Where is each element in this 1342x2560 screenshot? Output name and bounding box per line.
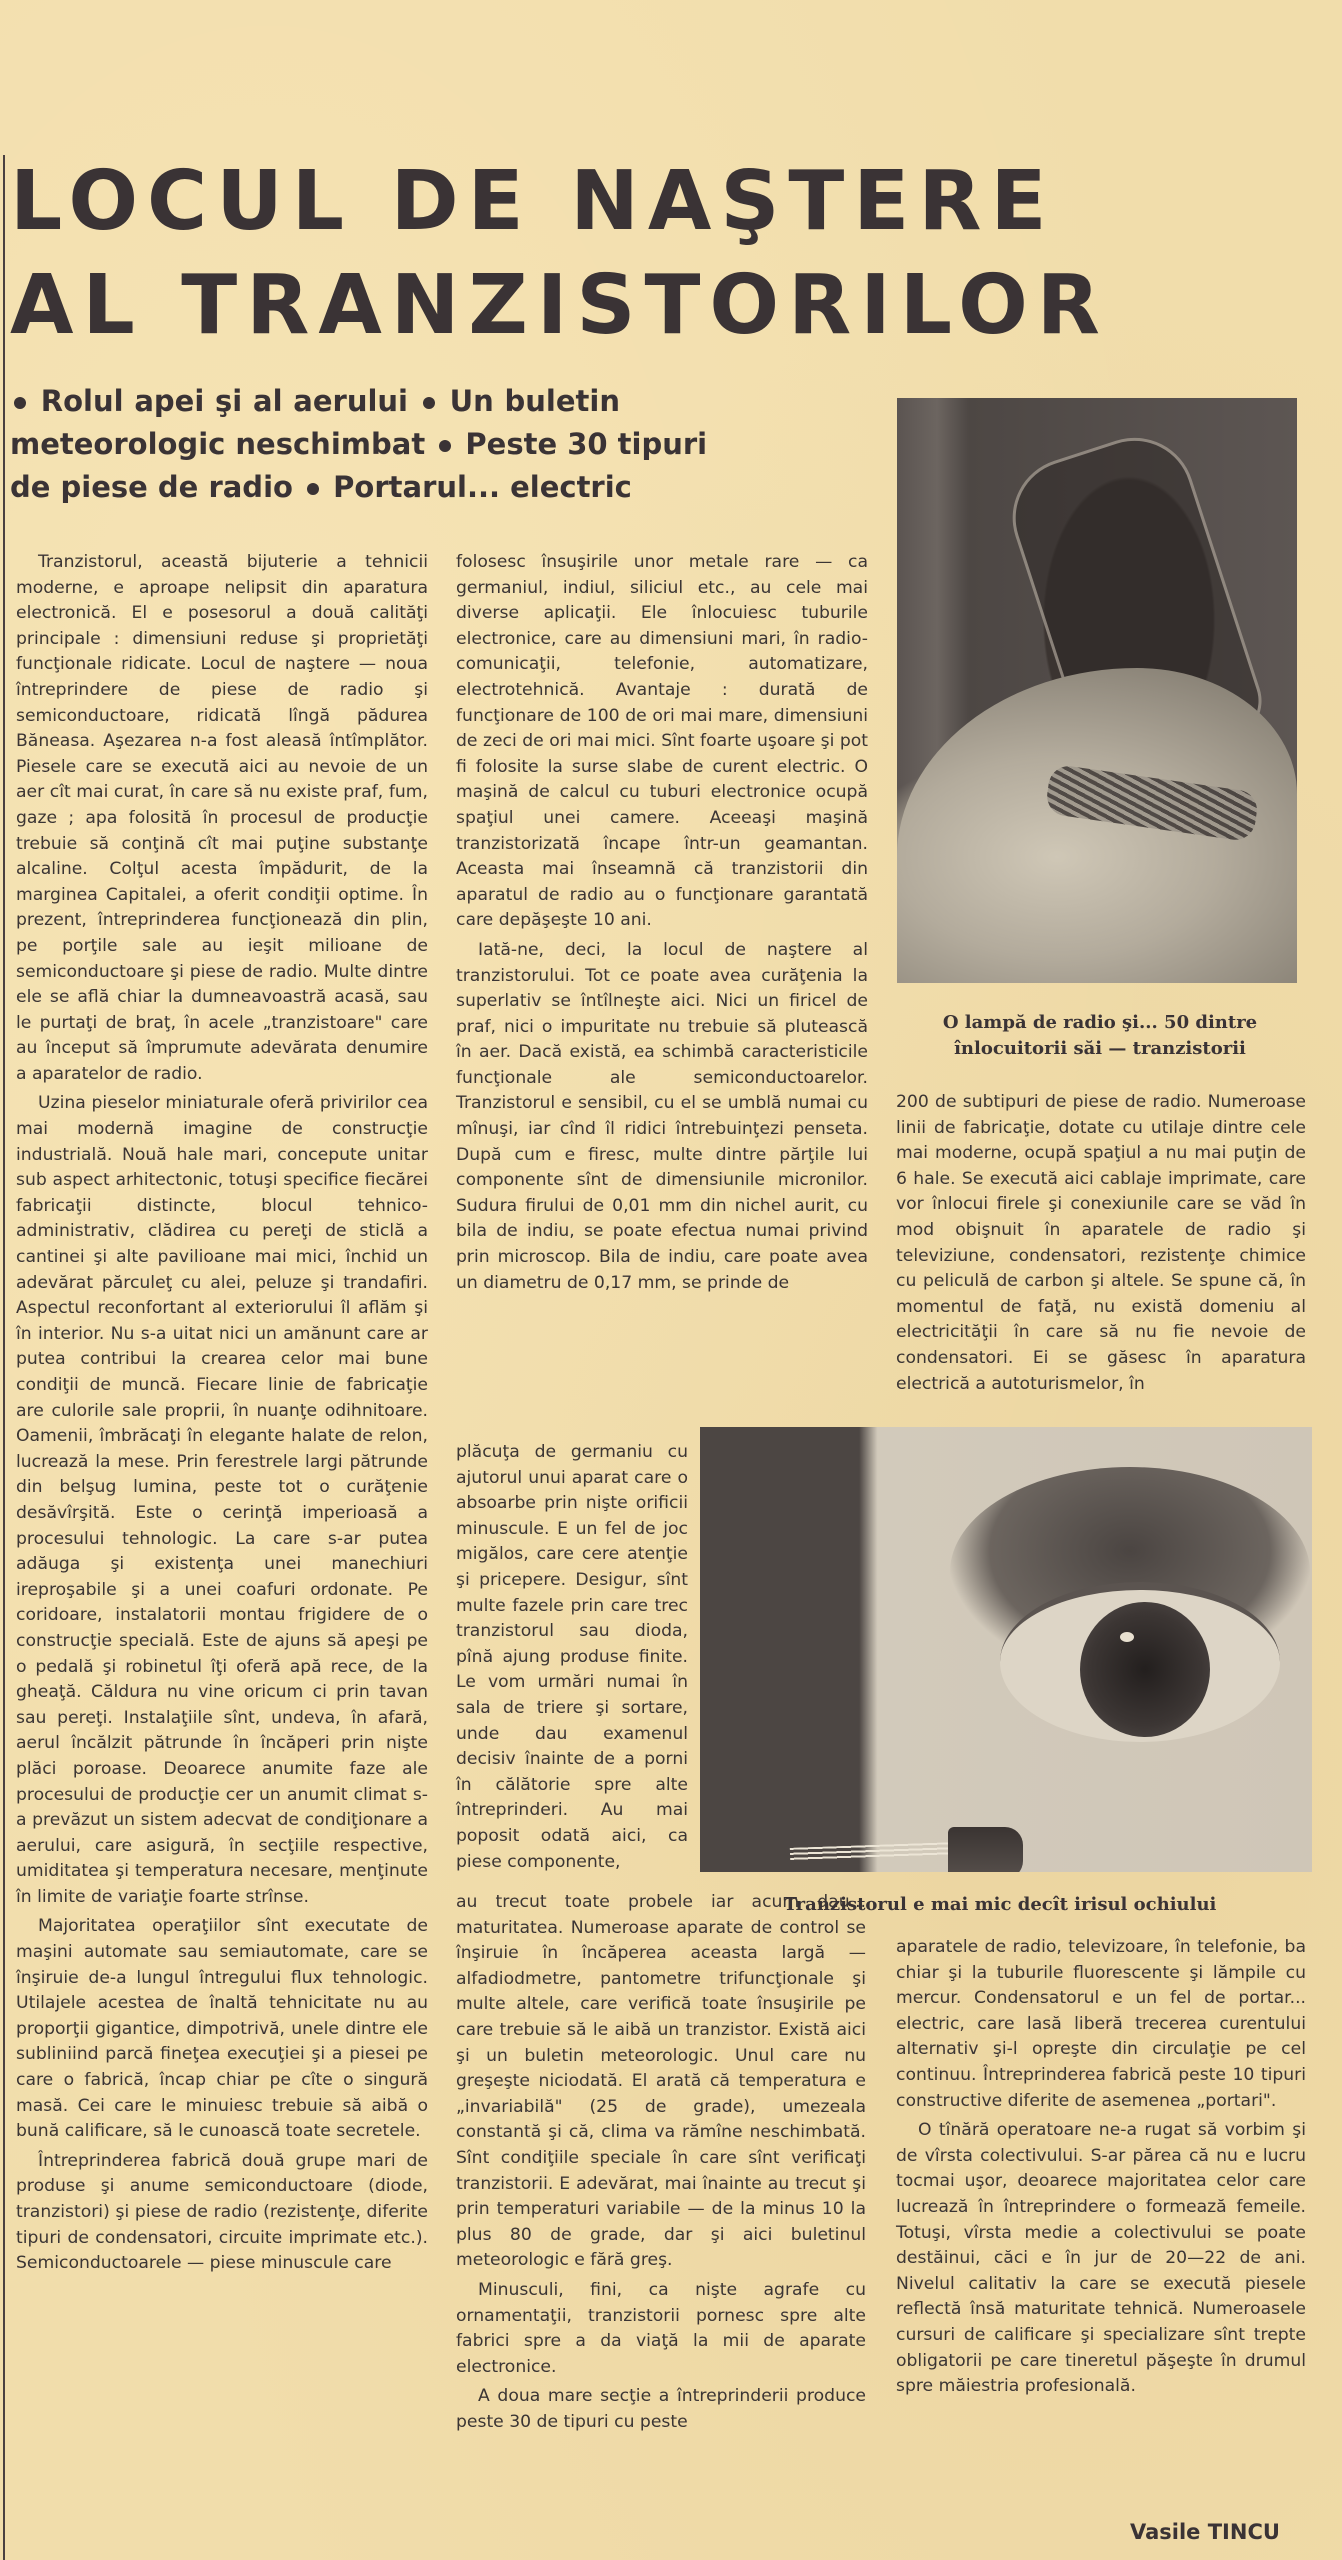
paragraph: Minusculi, fini, ca nişte agrafe cu orna… [456, 2278, 866, 2380]
eye-with-transistor-photo [700, 1427, 1312, 1872]
lamp-photo-caption: O lampă de radio şi... 50 dintre înlocui… [890, 1010, 1310, 1062]
transistor-icon [948, 1827, 1023, 1872]
article-column-right-bottom: aparatele de radio, televizoare, în tele… [896, 1935, 1306, 2560]
article-column-middle-bottom: au trecut toate probele iar acum dau... … [456, 1890, 866, 2560]
paragraph: Întreprinderea fabrică două grupe mari d… [16, 2149, 428, 2277]
paragraph: Iată-ne, deci, la locul de naştere al tr… [456, 938, 868, 1296]
paragraph: A doua mare secţie a întreprinderii prod… [456, 2384, 866, 2435]
article-column-middle-narrow: plăcuţa de germaniu cu ajutorul unui apa… [456, 1440, 688, 1880]
paragraph: plăcuţa de germaniu cu ajutorul unui apa… [456, 1440, 688, 1875]
paragraph: au trecut toate probele iar acum dau... … [456, 1890, 866, 2274]
paragraph: O tînără operatoare ne-a rugat să vorbim… [896, 2118, 1306, 2400]
subhead-item: de piese de radio [10, 470, 293, 504]
radio-tube-and-transistors-photo [897, 398, 1297, 983]
newspaper-page: LOCUL DE NAŞTERE AL TRANZISTORILOR Rolul… [0, 0, 1342, 2560]
bullet-icon [307, 483, 319, 495]
subhead-item: Rolul apei şi al aerului [41, 384, 408, 418]
subhead-item: Un buletin [450, 384, 620, 418]
subhead-item: Peste 30 tipuri [465, 427, 707, 461]
subhead-row: Rolul apei şi al aerului Un buletin [10, 380, 620, 423]
bullet-icon [439, 440, 451, 452]
bullet-icon [423, 397, 435, 409]
transistor-leads-icon [790, 1842, 955, 1862]
bullet-icon [14, 397, 26, 409]
subhead-item: Portarul... electric [333, 470, 632, 504]
paragraph: Majoritatea operaţiilor sînt executate d… [16, 1914, 428, 2144]
paragraph: 200 de subtipuri de piese de radio. Nume… [896, 1090, 1306, 1397]
column-rule [3, 155, 5, 2560]
iris-icon [1080, 1602, 1210, 1737]
subhead-row: meteorologic neschimbat Peste 30 tipuri [10, 423, 620, 466]
subhead-item: meteorologic neschimbat [10, 427, 425, 461]
article-headline: LOCUL DE NAŞTERE AL TRANZISTORILOR [10, 150, 1240, 358]
headline-line-1: LOCUL DE NAŞTERE [10, 150, 1240, 254]
paragraph: Uzina pieselor miniaturale oferă priviri… [16, 1091, 428, 1910]
author-byline: Vasile TINCU [1130, 2520, 1280, 2544]
paragraph: folosesc însuşirile unor metale rare — c… [456, 550, 868, 934]
article-column-middle-top: folosesc însuşirile unor metale rare — c… [456, 550, 868, 1440]
article-column-left: Tranzistorul, această bijuterie a tehnic… [16, 550, 428, 2560]
paragraph: Tranzistorul, această bijuterie a tehnic… [16, 550, 428, 1087]
article-column-right-top: 200 de subtipuri de piese de radio. Nume… [896, 1090, 1306, 1430]
paragraph: aparatele de radio, televizoare, în tele… [896, 1935, 1306, 2114]
headline-line-2: AL TRANZISTORILOR [10, 254, 1240, 358]
eye-highlight-icon [1120, 1632, 1134, 1642]
subhead-row: de piese de radio Portarul... electric [10, 466, 620, 509]
article-subheads: Rolul apei şi al aerului Un buletin mete… [10, 380, 620, 509]
